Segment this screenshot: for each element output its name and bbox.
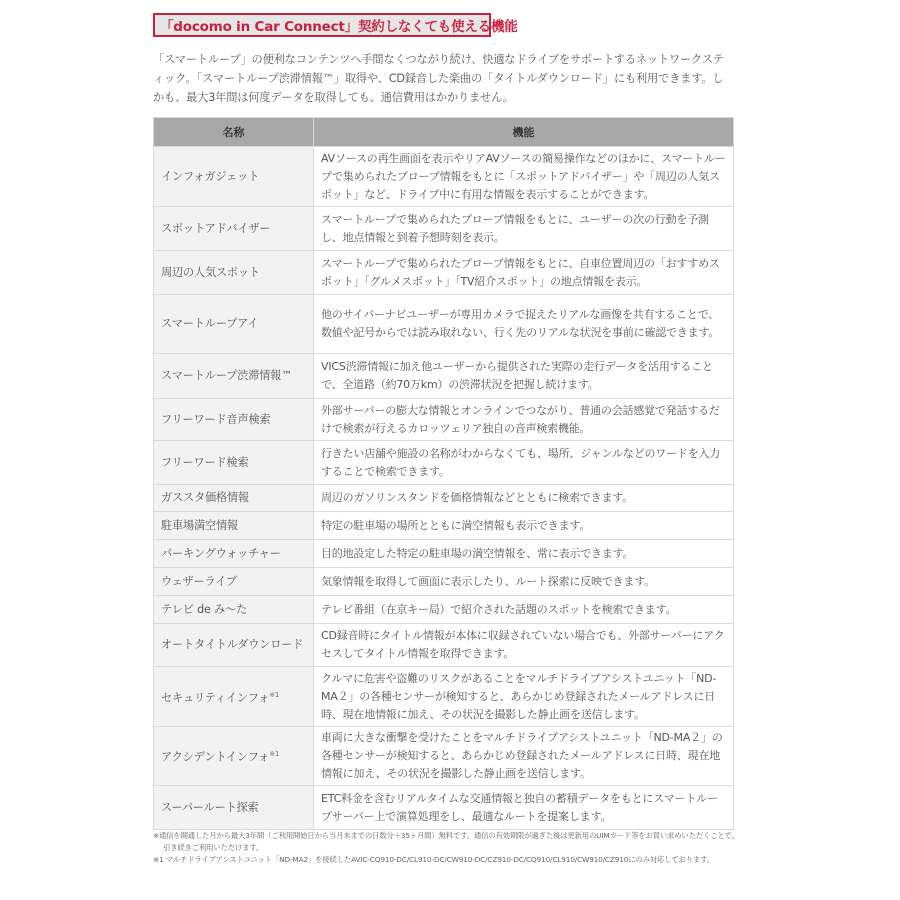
column-header-function: 機能 — [314, 118, 734, 147]
feature-description: 車両に大きな衝撃を受けたことをマルチドライブアシストユニット「ND-MA２」の各… — [314, 727, 734, 786]
feature-description: スマートループで集められたプローブ情報をもとに、ユーザーの次の行動を予測し、地点… — [314, 207, 734, 251]
feature-name: スポットアドバイザー — [154, 207, 314, 251]
table-row: アクシデントインフォ※1 車両に大きな衝撃を受けたことをマルチドライブアシストユ… — [154, 727, 734, 786]
feature-table: 名称 機能 インフォガジェット AVソースの再生画面を表示やリアAVソースの簡易… — [153, 117, 734, 830]
feature-description: 周辺のガソリンスタンドを価格情報などとともに検索できます。 — [314, 485, 734, 512]
feature-description: 外部サーバーの膨大な情報とオンラインでつながり、普通の会話感覚で発話するだけで検… — [314, 399, 734, 441]
section-title: 「docomo in Car Connect」契約しなくても使える機能 — [160, 15, 518, 35]
feature-description: AVソースの再生画面を表示やリアAVソースの簡易操作などのほかに、スマートループ… — [314, 147, 734, 207]
footnotes: ※通信を開通した月から最大3年間（ご利用開始日から当月末までの日数分＋35ヶ月間… — [153, 830, 743, 866]
table-row: 周辺の人気スポット スマートループで集められたプローブ情報をもとに、自車位置周辺… — [154, 251, 734, 295]
feature-description: VICS渋滞情報に加え他ユーザーから提供された実際の走行データを活用することで、… — [314, 354, 734, 399]
feature-description: 他のサイバーナビユーザーが専用カメラで捉えたリアルな画像を共有することで、数値や… — [314, 295, 734, 354]
table-row: パーキングウォッチャー 目的地設定した特定の駐車場の満空情報を、常に表示できます… — [154, 540, 734, 568]
feature-name: スーパールート探索 — [154, 786, 314, 830]
section-title-box: 「docomo in Car Connect」契約しなくても使える機能 — [153, 13, 491, 37]
table-row: オートタイトルダウンロード CD録音時にタイトル情報が本体に収録されていない場合… — [154, 624, 734, 667]
feature-description: ETC料金を含むリアルタイムな交通情報と独自の蓄積データをもとにスマートループサ… — [314, 786, 734, 830]
feature-description: 目的地設定した特定の駐車場の満空情報を、常に表示できます。 — [314, 540, 734, 568]
table-row: テレビ de み〜た テレビ番組（在京キー局）で紹介された話題のスポットを検索で… — [154, 596, 734, 624]
feature-description: 気象情報を取得して画面に表示したり、ルート探索に反映できます。 — [314, 568, 734, 596]
feature-name: フリーワード音声検索 — [154, 399, 314, 441]
feature-name: オートタイトルダウンロード — [154, 624, 314, 667]
feature-name: パーキングウォッチャー — [154, 540, 314, 568]
feature-name: フリーワード検索 — [154, 441, 314, 485]
table-header-row: 名称 機能 — [154, 118, 734, 147]
feature-name: ウェザーライブ — [154, 568, 314, 596]
feature-description: 特定の駐車場の場所とともに満空情報も表示できます。 — [314, 512, 734, 540]
table-row: 駐車場満空情報 特定の駐車場の場所とともに満空情報も表示できます。 — [154, 512, 734, 540]
footnote-marker: ※1 — [269, 691, 279, 699]
table-row: フリーワード検索 行きたい店舗や施設の名称がわからなくても、場所、ジャンルなどの… — [154, 441, 734, 485]
footnote-marker: ※1 — [269, 750, 279, 758]
feature-name: セキュリティインフォ※1 — [154, 667, 314, 727]
table-row: スーパールート探索 ETC料金を含むリアルタイムな交通情報と独自の蓄積データをも… — [154, 786, 734, 830]
feature-name: 周辺の人気スポット — [154, 251, 314, 295]
table-row: スマートループ渋滞情報™ VICS渋滞情報に加え他ユーザーから提供された実際の走… — [154, 354, 734, 399]
column-header-name: 名称 — [154, 118, 314, 147]
feature-description: クルマに危害や盗難のリスクがあることをマルチドライブアシストユニット「ND-MA… — [314, 667, 734, 727]
feature-name: ガススタ価格情報 — [154, 485, 314, 512]
table-row: ウェザーライブ 気象情報を取得して画面に表示したり、ルート探索に反映できます。 — [154, 568, 734, 596]
feature-name: スマートループアイ — [154, 295, 314, 354]
feature-name: インフォガジェット — [154, 147, 314, 207]
feature-name: アクシデントインフォ※1 — [154, 727, 314, 786]
footnote-1: ※1 マルチドライブアシストユニット「ND-MA2」を接続したAVIC-CQ91… — [153, 854, 743, 866]
feature-name: テレビ de み〜た — [154, 596, 314, 624]
table-row: フリーワード音声検索 外部サーバーの膨大な情報とオンラインでつながり、普通の会話… — [154, 399, 734, 441]
feature-name: スマートループ渋滞情報™ — [154, 354, 314, 399]
feature-description: スマートループで集められたプローブ情報をもとに、自車位置周辺の「おすすめスポット… — [314, 251, 734, 295]
feature-description: CD録音時にタイトル情報が本体に収録されていない場合でも、外部サーバーにアクセス… — [314, 624, 734, 667]
table-row: インフォガジェット AVソースの再生画面を表示やリアAVソースの簡易操作などのほ… — [154, 147, 734, 207]
table-row: スマートループアイ 他のサイバーナビユーザーが専用カメラで捉えたリアルな画像を共… — [154, 295, 734, 354]
feature-name: 駐車場満空情報 — [154, 512, 314, 540]
footnote-general: ※通信を開通した月から最大3年間（ご利用開始日から当月末までの日数分＋35ヶ月間… — [153, 830, 743, 854]
table-row: セキュリティインフォ※1 クルマに危害や盗難のリスクがあることをマルチドライブア… — [154, 667, 734, 727]
feature-description: テレビ番組（在京キー局）で紹介された話題のスポットを検索できます。 — [314, 596, 734, 624]
table-row: スポットアドバイザー スマートループで集められたプローブ情報をもとに、ユーザーの… — [154, 207, 734, 251]
intro-paragraph: 「スマートループ」の便利なコンテンツへ手間なくつながり続け、快適なドライブをサポ… — [153, 50, 733, 107]
feature-description: 行きたい店舗や施設の名称がわからなくても、場所、ジャンルなどのワードを入力するこ… — [314, 441, 734, 485]
table-row: ガススタ価格情報 周辺のガソリンスタンドを価格情報などとともに検索できます。 — [154, 485, 734, 512]
